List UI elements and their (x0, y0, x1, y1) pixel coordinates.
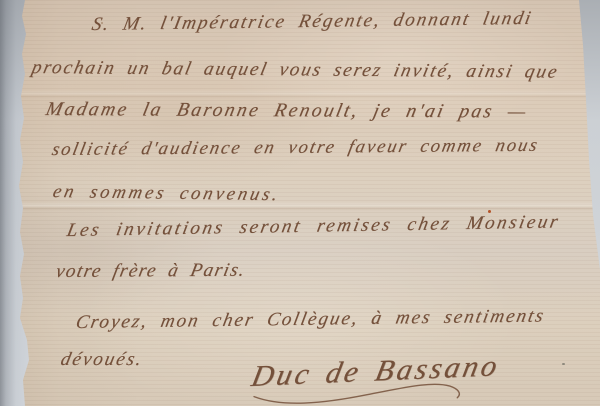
letter-line: dévoués. (59, 349, 146, 371)
paper-speck (101, 22, 103, 24)
letter-photo: S. M. l'Impératrice Régente, donnant lun… (0, 0, 600, 406)
letter-line: en sommes convenus. (51, 182, 283, 206)
letter-paper: S. M. l'Impératrice Régente, donnant lun… (0, 0, 600, 406)
letter-line: prochain un bal auquel vous serez invité… (30, 57, 561, 84)
letter-line: votre frère à Paris. (54, 260, 248, 283)
paper-speck (562, 363, 565, 365)
paper-speck (488, 210, 491, 213)
letter-line: sollicité d'audience en votre faveur com… (50, 136, 541, 161)
paper-crease (0, 90, 600, 99)
letter-line: Madame la Baronne Renoult, je n'ai pas — (44, 99, 530, 124)
